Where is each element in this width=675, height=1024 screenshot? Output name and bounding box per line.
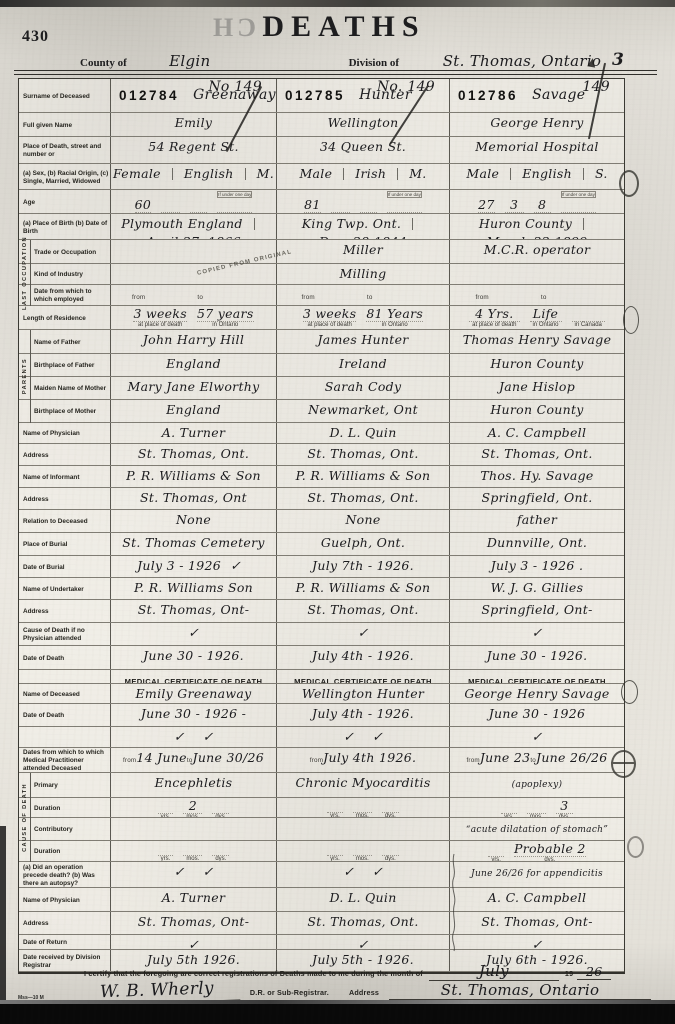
row-label-cell: (a) Sex, (b) Racial Origin, (c) Single, …	[19, 164, 111, 189]
row-label-cell: Contributory	[19, 818, 111, 840]
handwritten-value: M.	[409, 166, 426, 181]
form-row: Date of BurialJuly 3 - 1926✓July 7th - 1…	[19, 556, 624, 578]
form-row: ✓✓✓✓✓	[19, 727, 624, 748]
value-with-unit: 4 Yrs.at place of death	[469, 307, 519, 328]
form-cell: St. Thomas, Ont.	[277, 600, 450, 622]
form-cell: Springfield, Ont-	[450, 600, 624, 622]
handwritten-value: Emily Greenaway	[136, 686, 252, 701]
handwritten-value: 14 June	[136, 750, 187, 765]
form-cell: ✓	[450, 727, 624, 747]
form-row: Name of InformantP. R. Williams & SonP. …	[19, 466, 624, 488]
unit-label: yrs.	[135, 212, 152, 213]
form-row: Trade or OccupationMillerM.C.R. operator	[19, 240, 624, 264]
form-cell: M.C.R. operator	[450, 240, 624, 263]
row-label-cell: Date of Return	[19, 935, 111, 949]
form-cell: Mary Jane Elworthy	[111, 377, 277, 399]
unit-label: mos.	[353, 812, 372, 817]
scan-edge-left	[0, 826, 6, 1006]
row-label-cell: Place of Death, street and number or	[19, 137, 111, 163]
cell-divider-mark	[412, 218, 413, 230]
address-label: Address	[349, 988, 379, 997]
row-label: Full given Name	[23, 122, 109, 130]
row-label: Name of Undertaker	[23, 586, 109, 594]
handwritten-value: Jane Hislop	[499, 379, 575, 394]
page-title: DEATHS	[262, 10, 425, 43]
form-cell: Sarah Cody	[277, 377, 450, 399]
unit-label: mos.	[353, 855, 372, 861]
unit-label: in Ontario	[366, 321, 423, 329]
form-cell: June 30 - 1926.	[450, 646, 624, 669]
unit-label: mos.	[505, 212, 524, 213]
form-cell: D. L. Quin	[277, 888, 450, 911]
row-label: Duration	[34, 848, 109, 856]
row-label: Surname of Deceased	[23, 93, 109, 101]
row-label: Primary	[34, 782, 109, 790]
preprint-label: from	[132, 294, 145, 301]
section-label-text: CAUSE OF DEATH	[22, 783, 28, 852]
value-with-unit: yrs.	[327, 842, 343, 861]
form-cell: 3 weeksat place of death57 yearsin Ontar…	[111, 306, 277, 329]
scan-edge-top	[0, 0, 675, 7]
value-with-unit: mos.	[161, 199, 180, 213]
row-label-cell: Address	[19, 912, 111, 934]
form-cell: July 4th - 1926.	[277, 704, 450, 726]
form-cell: July 3 - 1926✓	[111, 556, 277, 577]
checkmark: ✓	[358, 938, 369, 949]
handwritten-value: 27	[478, 198, 495, 212]
handwritten-value: 81	[304, 198, 321, 212]
handwritten-value: Thomas Henry Savage	[463, 332, 612, 347]
row-label-cell: Maiden Name of Mother	[19, 377, 111, 399]
row-label: (a) Did an operation precede death? (b) …	[23, 864, 109, 888]
certify-year: 26	[577, 964, 611, 980]
handwritten-value: 3	[556, 799, 573, 813]
section-label-text: LAST OCCUPATION	[22, 236, 28, 310]
form-cell: ✓	[277, 623, 450, 645]
form-cell: fromJuly 4th 1926.	[277, 748, 450, 772]
handwritten-value: A. Turner	[162, 425, 225, 440]
form-row: (a) Sex, (b) Racial Origin, (c) Single, …	[19, 164, 624, 190]
unit-label: yrs.	[488, 856, 504, 861]
handwritten-value: 60	[135, 198, 152, 212]
handwritten-value: St. Thomas, Ont.	[307, 602, 418, 617]
unit-label: yrs.	[478, 212, 495, 213]
form-row: (a) Did an operation precede death? (b) …	[19, 862, 624, 888]
form-row: (a) Place of Birth (b) Date of BirthPlym…	[19, 214, 624, 240]
value-with-unit: dys.	[382, 799, 399, 817]
unit-label: yrs.	[158, 855, 174, 861]
value-with-unit: dys.	[360, 199, 377, 213]
handwritten-value: July 7th - 1926.	[312, 558, 414, 573]
handwritten-value: Ireland	[339, 356, 387, 371]
row-label: Trade or Occupation	[34, 249, 109, 257]
handwritten-value: D. L. Quin	[329, 425, 396, 440]
row-label-cell: Surname of Deceased	[19, 79, 111, 112]
row-label: Date of Burial	[23, 564, 109, 572]
value-with-unit: Lifein Ontario	[530, 307, 562, 328]
row-label-cell: Name of Deceased	[19, 684, 111, 703]
section-label-vertical: LAST OCCUPATION	[19, 240, 31, 306]
value-with-unit: If under one dayhrs. min.	[217, 191, 252, 213]
form-cell	[277, 818, 450, 840]
checkmark: ✓	[174, 865, 185, 880]
form-cell: 27yrs.3mos.8dys.If under one dayhrs. min…	[450, 190, 624, 213]
form-cell: Huron County	[450, 354, 624, 376]
medical-cert-header: MEDICAL CERTIFICATE OF DEATH	[294, 677, 432, 683]
unit-label: yrs.	[304, 212, 321, 213]
unit-label: mos.	[183, 813, 202, 817]
row-label: Contributory	[34, 826, 109, 834]
form-cell: July 7th - 1926.	[277, 556, 450, 577]
handwritten-value: Newmarket, Ont	[308, 402, 418, 417]
handwritten-value: Dec. 28-1844	[319, 234, 407, 239]
form-cell: A. C. Campbell	[450, 423, 624, 443]
form-cell: ✓	[277, 935, 450, 949]
handwritten-value: P. R. Williams & Son	[296, 468, 431, 483]
handwritten-value	[158, 800, 174, 813]
value-with-unit: 81 Yearsin Ontario	[366, 307, 423, 328]
row-label-cell	[19, 727, 111, 747]
row-label: Length of Residence	[23, 315, 109, 323]
form-cell: P. R. Williams & Son	[111, 466, 277, 487]
handwritten-value: English	[522, 166, 572, 181]
value-with-unit: 3dys.	[556, 799, 573, 817]
preprint-label: from	[123, 757, 136, 764]
row-label: Address	[23, 452, 109, 460]
form-cell: Ireland	[277, 354, 450, 376]
handwritten-value	[382, 799, 399, 812]
handwritten-value: June 30 - 1926.	[143, 648, 244, 663]
form-cell: yrs.2mos.dys.	[111, 798, 277, 817]
checkmark: ✓	[174, 730, 185, 745]
handwritten-value: George Henry	[490, 115, 583, 130]
form-cell: St. Thomas, Ont-	[111, 912, 277, 934]
form-cell: fromto	[277, 285, 450, 305]
handwritten-value: 3 weeks	[303, 307, 357, 321]
form-row: AddressSt. Thomas, Ont.St. Thomas, Ont.S…	[19, 444, 624, 466]
form-cell: yrs.Probable 2dys.	[450, 841, 624, 861]
preprint-label: from	[466, 757, 479, 764]
form-cell: Chronic Myocarditis	[277, 773, 450, 797]
punch-hole-mark	[619, 170, 639, 197]
punch-hole-mark	[627, 836, 644, 858]
handwritten-value: June 30 - 1926 -	[141, 706, 246, 721]
row-label-cell: Date of Death	[19, 704, 111, 726]
form-cell: ✓✓	[277, 727, 450, 747]
row-label: Cause of Death if no Physician attended	[23, 627, 109, 643]
handwritten-value: Female	[113, 166, 161, 181]
form-cell: St. Thomas Cemetery	[111, 533, 277, 555]
handwritten-value: None	[345, 512, 380, 527]
registrar-address: St. Thomas, Ontario	[389, 981, 651, 1000]
handwritten-value: Huron County	[490, 402, 583, 417]
handwritten-value: Chronic Myocarditis	[295, 775, 430, 790]
handwritten-value: July 4th 1926.	[323, 750, 416, 765]
handwritten-value: 4 Yrs.	[469, 307, 519, 321]
checkmark: ✓	[230, 559, 241, 574]
form-cell: 60yrs.mos.dys.If under one dayhrs. min.	[111, 190, 277, 213]
row-label-cell: Name of Physician	[19, 888, 111, 911]
row-label-cell: Address	[19, 488, 111, 509]
division-label: Division of	[349, 57, 399, 69]
form-cell: No. 149012785Hunter	[277, 79, 450, 112]
handwritten-value: Mary Jane Elworthy	[127, 379, 259, 394]
row-label: Name of Physician	[23, 897, 109, 905]
form-cell: ✓	[111, 935, 277, 949]
form-row: AddressSt. Thomas, OntSt. Thomas, Ont.Sp…	[19, 488, 624, 510]
form-cell: None	[277, 510, 450, 532]
form-row: Kind of IndustryMilling	[19, 264, 624, 285]
handwritten-value: Thos. Hy. Savage	[480, 468, 593, 483]
form-cell: P. R. Williams Son	[111, 578, 277, 599]
handwritten-value: None	[176, 512, 211, 527]
handwritten-value: July 3 - 1926	[137, 558, 221, 573]
checkmark: ✓	[532, 626, 543, 641]
form-row: Date of DeathJune 30 - 1926.July 4th - 1…	[19, 646, 624, 670]
row-label: Date from which to which employed	[34, 288, 109, 304]
handwritten-value: Wellington Hunter	[302, 686, 424, 701]
handwritten-value: A. C. Campbell	[488, 890, 587, 905]
unit-label: dys.	[382, 812, 399, 817]
unit-label: yrs.	[158, 813, 174, 817]
medical-cert-header: MEDICAL CERTIFICATE OF DEATH	[468, 677, 606, 683]
handwritten-value: Encephletis	[155, 775, 233, 790]
unit-label: dys.	[212, 855, 229, 861]
handwritten-value: St. Thomas Cemetery	[122, 535, 265, 550]
row-label: Place of Burial	[23, 541, 109, 549]
county-division-line: County of Elgin Division of St. Thomas, …	[80, 52, 645, 71]
form-cell: England	[111, 400, 277, 422]
form-cell: June 30 - 1926.	[111, 646, 277, 669]
unit-label: dys.	[556, 813, 573, 817]
handwritten-value	[561, 199, 596, 212]
handwritten-value: St. Thomas, Ont.	[307, 446, 418, 461]
handwritten-value: St. Thomas, Ont.	[481, 446, 592, 461]
row-label-cell: Cause of Death if no Physician attended	[19, 623, 111, 645]
form-cell	[111, 264, 277, 284]
handwritten-value: June 23	[480, 750, 531, 765]
form-cell: St. Thomas, Ont.	[450, 444, 624, 465]
unit-label: hrs. min.	[217, 212, 252, 213]
form-row: Name of DeceasedEmily GreenawayWellingto…	[19, 684, 624, 704]
form-cell	[111, 818, 277, 840]
form-row: Date of Return✓✓✓	[19, 935, 624, 950]
row-label-cell: Address	[19, 600, 111, 622]
scanned-death-register-page: 430 CHDEATHS County of Elgin Division of…	[0, 0, 675, 1024]
handwritten-value: St. Thomas, Ont.	[138, 446, 249, 461]
handwritten-value: St. Thomas, Ont-	[138, 914, 249, 929]
form-cell: June 30 - 1926	[450, 704, 624, 726]
unit-note: If under one day	[217, 191, 252, 198]
row-label-cell: Age	[19, 190, 111, 213]
form-cell: yrs.mos.dys.	[111, 841, 277, 861]
unit-note: If under one day	[561, 191, 596, 198]
row-label: (a) Sex, (b) Racial Origin, (c) Single, …	[23, 170, 109, 186]
preprint-label: from	[301, 294, 314, 301]
form-row: MEDICAL CERTIFICATE OF DEATHMEDICAL CERT…	[19, 670, 624, 684]
form-cell: England	[111, 354, 277, 376]
form-row: Date of DeathJune 30 - 1926 -July 4th - …	[19, 704, 624, 727]
checkmark: ✓	[343, 730, 354, 745]
cell-divider-mark	[583, 218, 584, 230]
handwritten-value: June 30 - 1926	[489, 706, 586, 721]
handwritten-value: 54 Regent St.	[148, 139, 239, 154]
row-label: Dates from which to which Medical Practi…	[23, 749, 109, 773]
cell-divider-mark	[172, 168, 173, 180]
form-cell: King Twp. Ont.Dec. 28-1844	[277, 214, 450, 239]
unit-label: mos.	[161, 212, 180, 213]
form-row: Place of Death, street and number or54 R…	[19, 137, 624, 164]
checkmark: ✓	[532, 938, 543, 949]
preprint-label: to	[367, 294, 373, 301]
value-with-unit: yrs.	[158, 800, 174, 817]
value-with-unit: yrs.	[501, 800, 517, 817]
row-label-cell: Address	[19, 444, 111, 465]
handwritten-value: 57 yrs	[173, 328, 214, 329]
handwritten-value: St. Thomas, Ont	[140, 490, 247, 505]
handwritten-value	[327, 842, 343, 855]
handwritten-value: April 27, 1866	[146, 234, 241, 239]
form-cell: FemaleEnglishM.	[111, 164, 277, 189]
form-cell: Memorial HospitalIf in a Hospital or Ins…	[450, 137, 624, 163]
row-label-cell: Date of Burial	[19, 556, 111, 577]
value-with-unit: mos.	[353, 842, 372, 861]
handwritten-value: P. R. Williams Son	[134, 580, 253, 595]
form-row: Date from which to which employedfromtof…	[19, 285, 624, 306]
row-label: Address	[23, 496, 109, 504]
form-cell: D. L. Quin	[277, 423, 450, 443]
form-row: Birthplace of MotherEnglandNewmarket, On…	[19, 400, 624, 423]
value-with-unit: If under one dayhrs. min.	[561, 191, 596, 213]
certify-month: July	[429, 962, 559, 981]
row-label: Name of Father	[34, 339, 109, 347]
handwritten-value: England	[166, 356, 221, 371]
pen-arrow	[587, 57, 596, 67]
ghost-offset-print: CH	[209, 13, 256, 43]
form-cell: St. Thomas, Ont.	[111, 444, 277, 465]
handwritten-value	[360, 199, 377, 212]
form-row: AddressSt. Thomas, Ont-St. Thomas, Ont.S…	[19, 600, 624, 623]
row-label-cell: Dates from which to which Medical Practi…	[19, 748, 111, 772]
unit-label: dys.	[534, 212, 551, 213]
handwritten-value	[161, 199, 180, 212]
value-with-unit: 3mos.	[505, 198, 524, 213]
handwritten-value: Springfield, Ont-	[481, 602, 592, 617]
form-cell: June 26/26 for appendicitisYes	[450, 862, 624, 887]
checkmark: ✓	[532, 730, 543, 745]
handwritten-value: July 4th - 1926.	[312, 706, 414, 721]
header-rule	[14, 70, 657, 75]
row-label: (a) Place of Birth (b) Date of Birth	[23, 220, 109, 236]
registration-number-stamp: 012786	[458, 89, 518, 104]
form-row: Birthplace of FatherEnglandIrelandHuron …	[19, 354, 624, 377]
handwritten-value: Springfield, Ont.	[482, 490, 593, 505]
form-cell: George Henry Savage	[450, 684, 624, 703]
value-with-unit: If under one dayhrs. min.	[387, 191, 422, 213]
year-preprint: 19	[565, 969, 573, 978]
form-cell: (apoplexy)Heart failureChronic	[450, 773, 624, 797]
handwritten-value: 3	[505, 198, 524, 212]
row-label-cell: Primary	[19, 773, 111, 797]
value-with-unit: 57 yrsin Canada	[173, 328, 214, 329]
row-label-cell: Relation to Deceased	[19, 510, 111, 532]
form-cell: Thos. Hy. Savage	[450, 466, 624, 487]
handwritten-value: “acute dilatation of stomach”	[466, 825, 608, 835]
handwritten-value: Dunnville, Ont.	[487, 535, 587, 550]
unit-label: at place of death	[303, 321, 357, 329]
form-row: Durationyrs.mos.dys.yrs.mos.dys.yrs.Prob…	[19, 841, 624, 862]
form-cell: father	[450, 510, 624, 532]
form-cell: John Harry Hill	[111, 330, 277, 353]
handwritten-value: A. Turner	[162, 890, 225, 905]
handwritten-value: D. L. Quin	[329, 890, 396, 905]
handwritten-value: 2	[183, 799, 202, 813]
handwritten-value: June 26/26	[536, 750, 608, 765]
handwritten-value	[212, 842, 229, 855]
form-cell: from14 JunetoJune 30/26	[111, 748, 277, 772]
value-with-unit: 8dys.	[534, 198, 551, 213]
form-row: Maiden Name of MotherMary Jane ElworthyS…	[19, 377, 624, 400]
handwritten-value: June 30 - 1926.	[487, 648, 588, 663]
form-row: Length of Residence3 weeksat place of de…	[19, 306, 624, 330]
handwritten-value: S.	[595, 166, 608, 181]
row-label: Birthplace of Mother	[34, 408, 109, 416]
handwritten-value: Irish	[355, 166, 386, 181]
unit-note: If under one day	[387, 191, 422, 198]
unit-label: at place of death	[469, 321, 519, 329]
value-with-unit: yrs.	[158, 842, 174, 861]
handwritten-value: 3 weeks	[133, 307, 187, 321]
handwritten-value	[387, 199, 422, 212]
handwritten-value	[327, 799, 343, 812]
form-cell: ✓✓	[277, 862, 450, 887]
row-label-cell	[19, 670, 111, 683]
row-label-cell: Full given Name	[19, 113, 111, 136]
row-label-cell: Place of Burial	[19, 533, 111, 555]
form-cell: St. Thomas, Ont	[111, 488, 277, 509]
form-cell: A. Turner	[111, 888, 277, 911]
registration-number-stamp: 012784	[119, 89, 179, 104]
cell-divider-mark	[254, 218, 255, 230]
value-with-unit: yrs.	[488, 843, 504, 861]
row-label-cell: Name of Father	[19, 330, 111, 353]
form-cell: George Henry	[450, 113, 624, 136]
value-with-unit: 27yrs.	[478, 198, 495, 213]
form-cell: fromto	[111, 285, 277, 305]
handwritten-value: Huron County	[490, 356, 583, 371]
value-with-unit: 60yrs.	[135, 198, 152, 213]
row-label-cell: Birthplace of Father	[19, 354, 111, 376]
form-cell: Encephletis	[111, 773, 277, 797]
row-label-cell: Birthplace of Mother	[19, 400, 111, 422]
value-with-unit: mos.	[527, 800, 546, 817]
marginal-scribble	[449, 852, 459, 952]
row-label: Date of Death	[23, 712, 109, 720]
no-annotation: 149	[582, 80, 610, 95]
form-row: Place of BurialSt. Thomas CemeteryGuelph…	[19, 533, 624, 556]
form-cell: yrs.mos.dys.	[277, 798, 450, 817]
cell-divider-mark	[397, 168, 398, 180]
form-cell: Springfield, Ont.	[450, 488, 624, 509]
checkmark: ✓	[358, 626, 369, 641]
form-cell: MEDICAL CERTIFICATE OF DEATH	[277, 670, 450, 683]
form-cell: yrs.mos.dys.	[277, 841, 450, 861]
handwritten-value	[212, 800, 229, 813]
form-cell: Newmarket, Ont	[277, 400, 450, 422]
title-bar: CHDEATHS	[0, 10, 635, 44]
form-cell: ✓✓	[111, 862, 277, 887]
cell-divider-mark	[343, 168, 344, 180]
